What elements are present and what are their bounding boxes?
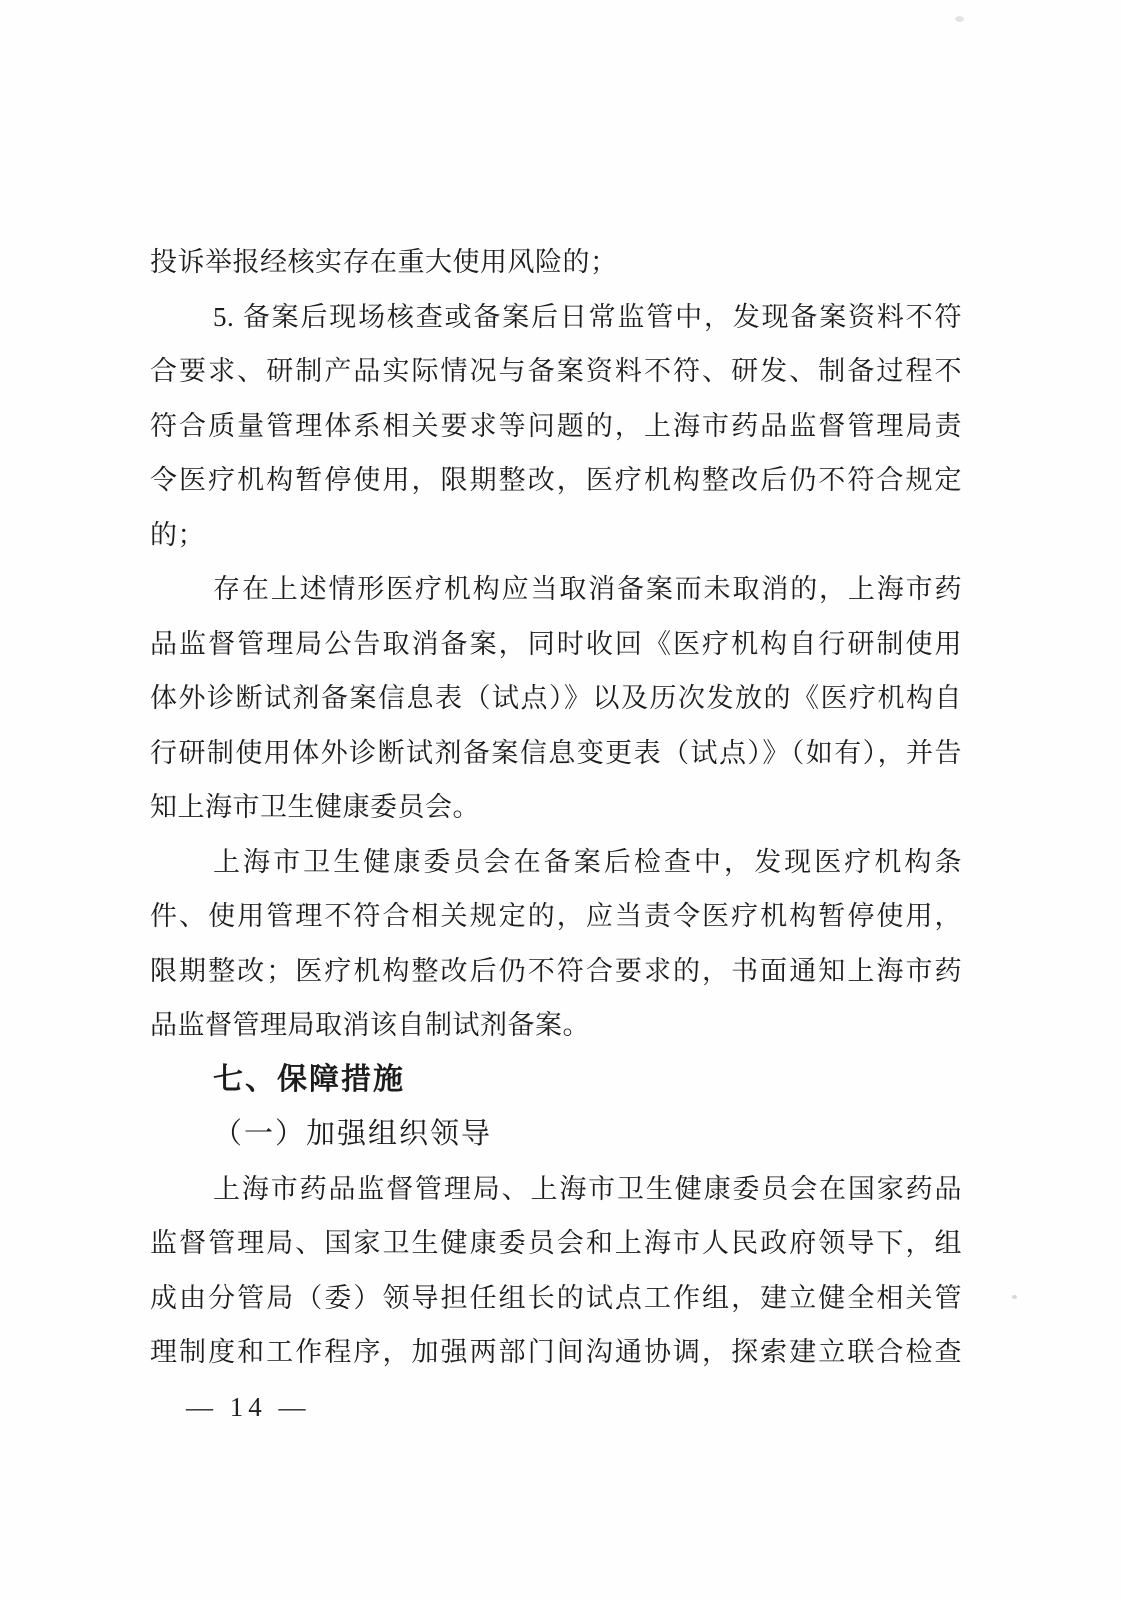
text-line: 体外诊断试剂备案信息表（试点）》以及历次发放的《医疗机构自 bbox=[150, 671, 962, 726]
text-line: 上海市药品监督管理局、上海市卫生健康委员会在国家药品 bbox=[150, 1162, 962, 1217]
text-line: 行研制使用体外诊断试剂备案信息变更表（试点）》（如有），并告 bbox=[150, 726, 962, 781]
subsection-heading: （一）加强组织领导 bbox=[150, 1107, 962, 1162]
text-line: 上海市卫生健康委员会在备案后检查中，发现医疗机构条 bbox=[150, 835, 962, 890]
scan-speck bbox=[1012, 1295, 1017, 1299]
scan-speck bbox=[955, 16, 964, 22]
text-line: 的； bbox=[150, 508, 962, 563]
page-number: — 14 — bbox=[186, 1392, 311, 1423]
text-line: 成由分管局（委）领导担任组长的试点工作组，建立健全相关管 bbox=[150, 1271, 962, 1326]
text-line: 5. 备案后现场核查或备案后日常监管中，发现备案资料不符 bbox=[150, 290, 962, 345]
text-line: 理制度和工作程序，加强两部门间沟通协调，探索建立联合检查 bbox=[150, 1325, 962, 1380]
text-line: 投诉举报经核实存在重大使用风险的； bbox=[150, 235, 962, 290]
text-line: 品监督管理局取消该自制试剂备案。 bbox=[150, 998, 962, 1053]
text-line: 符合质量管理体系相关要求等问题的，上海市药品监督管理局责 bbox=[150, 399, 962, 454]
text-line: 存在上述情形医疗机构应当取消备案而未取消的，上海市药 bbox=[150, 562, 962, 617]
document-body: 投诉举报经核实存在重大使用风险的； 5. 备案后现场核查或备案后日常监管中，发现… bbox=[150, 235, 962, 1380]
text-line: 件、使用管理不符合相关规定的，应当责令医疗机构暂停使用， bbox=[150, 889, 962, 944]
text-line: 监督管理局、国家卫生健康委员会和上海市人民政府领导下，组 bbox=[150, 1216, 962, 1271]
document-page: 投诉举报经核实存在重大使用风险的； 5. 备案后现场核查或备案后日常监管中，发现… bbox=[0, 0, 1121, 1600]
text-line: 品监督管理局公告取消备案，同时收回《医疗机构自行研制使用 bbox=[150, 617, 962, 672]
text-line: 知上海市卫生健康委员会。 bbox=[150, 780, 962, 835]
text-line: 合要求、研制产品实际情况与备案资料不符、研发、制备过程不 bbox=[150, 344, 962, 399]
text-line: 限期整改；医疗机构整改后仍不符合要求的，书面通知上海市药 bbox=[150, 944, 962, 999]
text-line: 令医疗机构暂停使用，限期整改，医疗机构整改后仍不符合规定 bbox=[150, 453, 962, 508]
section-heading: 七、保障措施 bbox=[150, 1053, 962, 1108]
